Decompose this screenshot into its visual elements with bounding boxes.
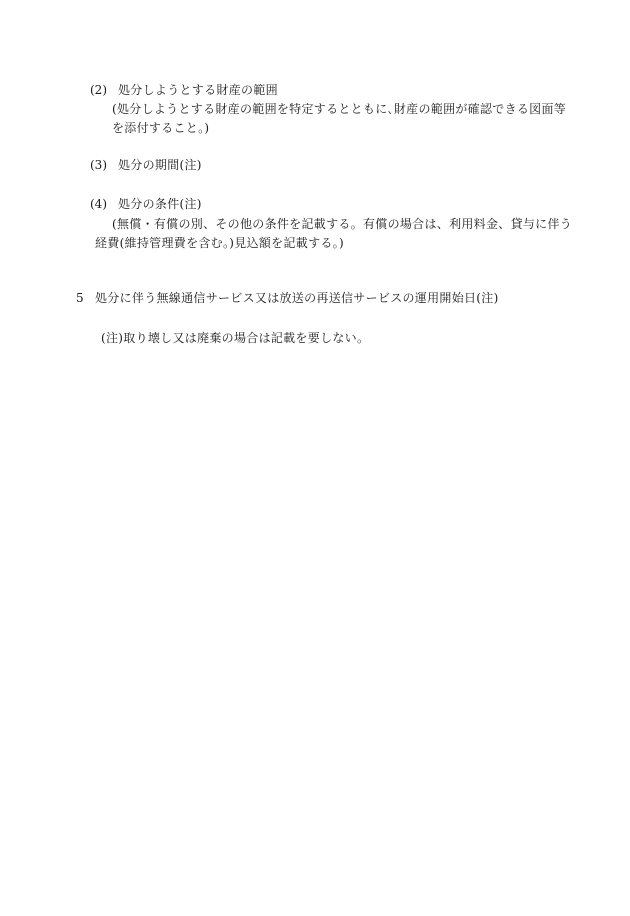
note-text: (注)取り壊し又は廃棄の場合は記載を要しない。: [101, 329, 369, 348]
item-detail-line: (無償・有償の別、その他の条件を記載する。有償の場合は、利用料金、貸与に伴う: [112, 215, 572, 234]
section-number: 5: [76, 289, 84, 308]
item-number: (3): [90, 156, 107, 175]
item-heading: 処分の期間(注): [118, 156, 202, 175]
item-heading: 処分の条件(注): [118, 195, 202, 214]
item-detail-line: 経費(維持管理費を含む。)見込額を記載する。): [95, 234, 344, 253]
item-heading: 処分しようとする財産の範囲: [118, 81, 278, 100]
section-heading: 処分に伴う無線通信サービス又は放送の再送信サービスの運用開始日(注): [95, 289, 499, 308]
item-detail-line: を添付すること。): [112, 119, 209, 138]
document-page: (2) 処分しようとする財産の範囲 (処分しようとする財産の範囲を特定するととも…: [0, 0, 630, 916]
item-detail-line: (処分しようとする財産の範囲を特定するとともに､財産の範囲が確認できる図面等: [112, 100, 566, 119]
item-number: (4): [90, 195, 107, 214]
item-number: (2): [90, 81, 107, 100]
